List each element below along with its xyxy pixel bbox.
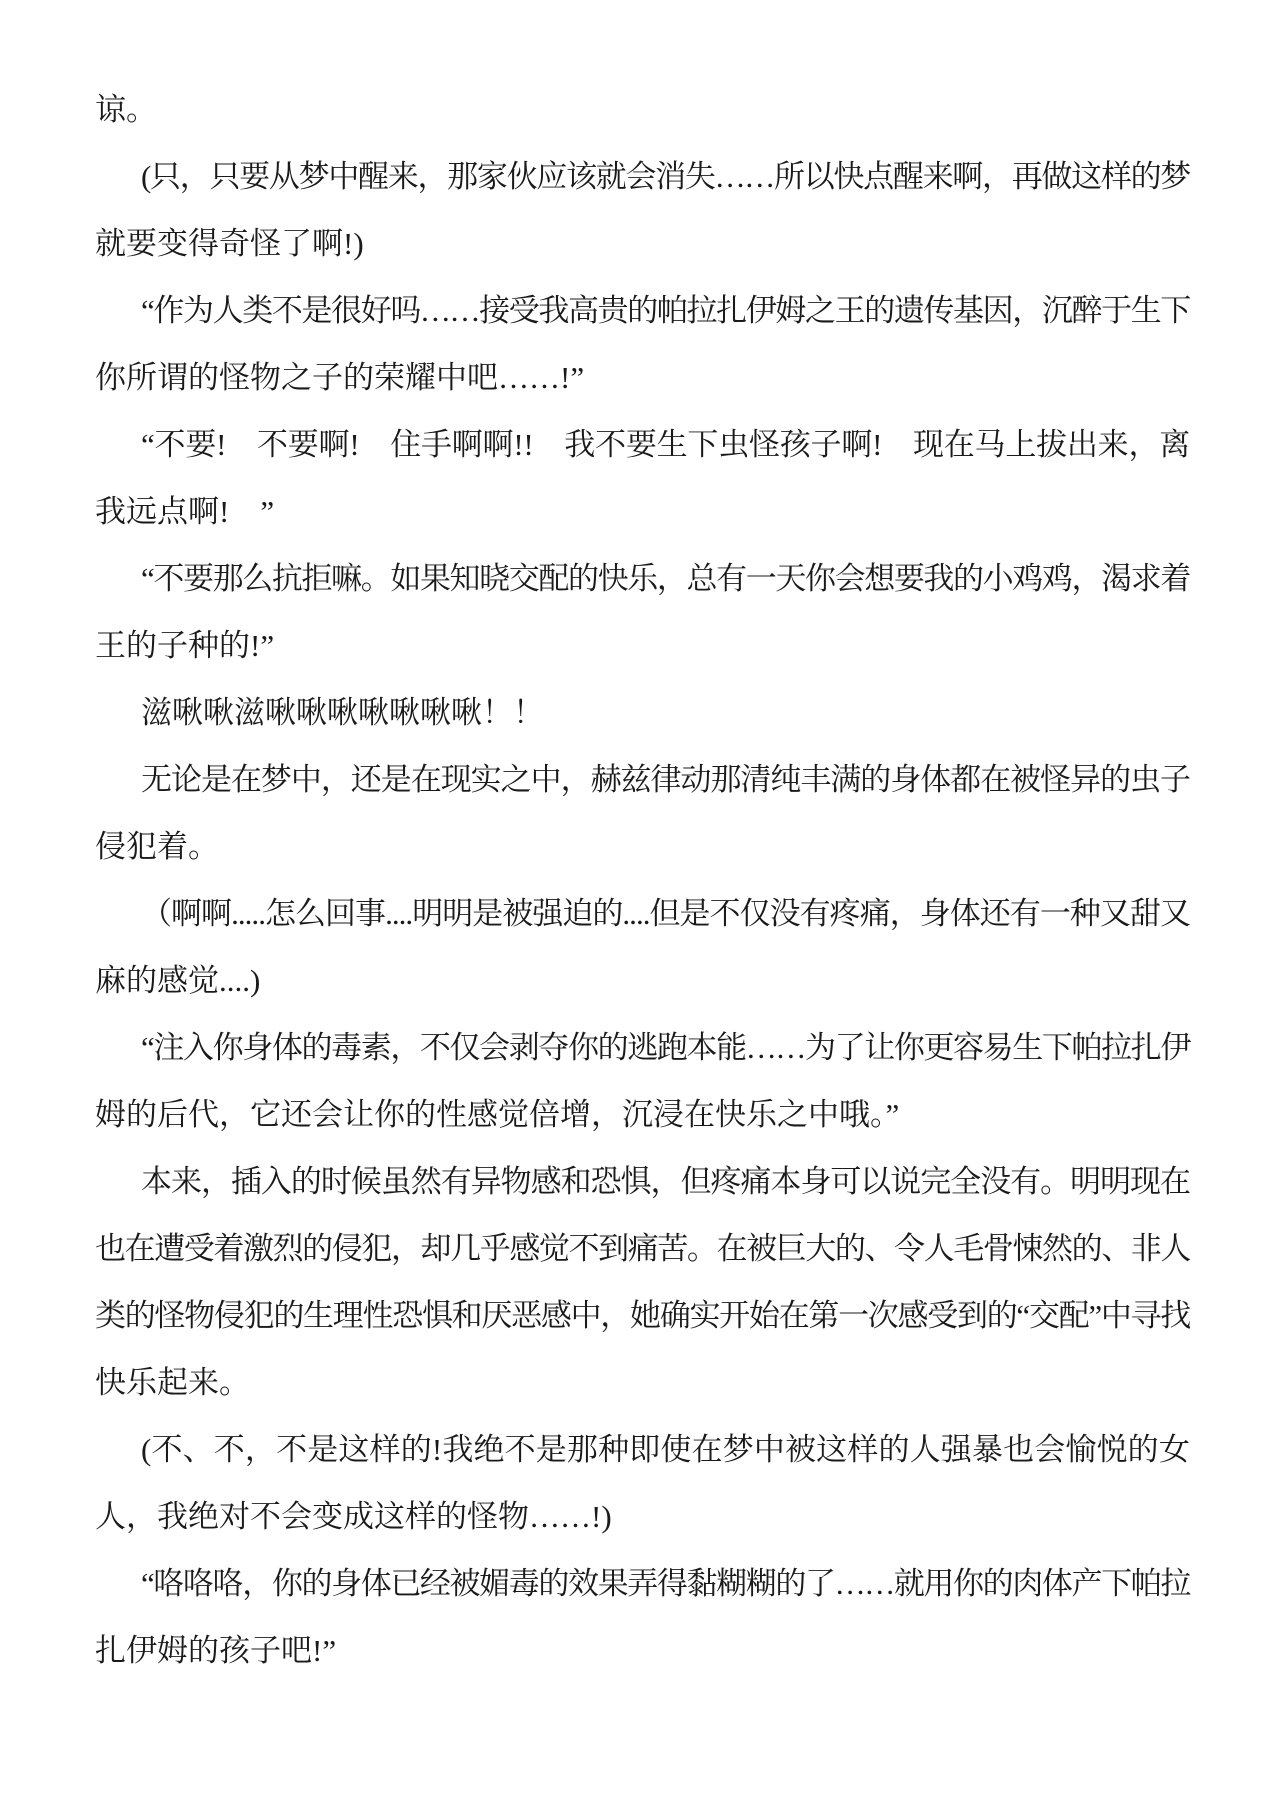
text-line: 快乐起来。	[95, 1349, 1190, 1416]
text-line: 也在遭受着激烈的侵犯，却几乎感觉不到痛苦。在被巨大的、令人毛骨悚然的、非人	[95, 1215, 1190, 1282]
paragraph-12: “咯咯咯，你的身体已经被媚毒的效果弄得黏糊糊的了……就用你的肉体产下帕拉扎伊姆的…	[95, 1550, 1190, 1684]
text-line: “作为人类不是很好吗……接受我高贵的帕拉扎伊姆之王的遗传基因，沉醉于生下	[95, 277, 1190, 344]
text-line: 王的子种的!”	[95, 612, 1190, 679]
text-line: 麻的感觉....)	[95, 947, 1190, 1014]
paragraph-3: “作为人类不是很好吗……接受我高贵的帕拉扎伊姆之王的遗传基因，沉醉于生下你所谓的…	[95, 277, 1190, 411]
text-line: 就要变得奇怪了啊!)	[95, 210, 1190, 277]
text-line: 无论是在梦中，还是在现实之中，赫兹律动那清纯丰满的身体都在被怪异的虫子	[95, 746, 1190, 813]
paragraph-10: 本来，插入的时候虽然有异物感和恐惧，但疼痛本身可以说完全没有。明明现在也在遭受着…	[95, 1148, 1190, 1416]
text-line: (不、不，不是这样的!我绝不是那种即使在梦中被这样的人强暴也会愉悦的女	[95, 1416, 1190, 1483]
text-line: “注入你身体的毒素，不仅会剥夺你的逃跑本能……为了让你更容易生下帕拉扎伊	[95, 1014, 1190, 1081]
page-content: 谅。(只，只要从梦中醒来，那家伙应该就会消失……所以快点醒来啊，再做这样的梦就要…	[95, 76, 1190, 1684]
paragraph-2: (只，只要从梦中醒来，那家伙应该就会消失……所以快点醒来啊，再做这样的梦就要变得…	[95, 143, 1190, 277]
text-line: 扎伊姆的孩子吧!”	[95, 1617, 1190, 1684]
paragraph-8: （啊啊.....怎么回事....明明是被强迫的....但是不仅没有疼痛，身体还有…	[95, 880, 1190, 1014]
text-line: “咯咯咯，你的身体已经被媚毒的效果弄得黏糊糊的了……就用你的肉体产下帕拉	[95, 1550, 1190, 1617]
paragraph-6: 滋啾啾滋啾啾啾啾啾啾啾！！	[95, 679, 1190, 746]
text-line: “不要! 不要啊! 住手啊啊!! 我不要生下虫怪孩子啊! 现在马上拔出来，离	[95, 411, 1190, 478]
text-line: 侵犯着。	[95, 813, 1190, 880]
text-line: （啊啊.....怎么回事....明明是被强迫的....但是不仅没有疼痛，身体还有…	[95, 880, 1190, 947]
text-line: 本来，插入的时候虽然有异物感和恐惧，但疼痛本身可以说完全没有。明明现在	[95, 1148, 1190, 1215]
text-line: (只，只要从梦中醒来，那家伙应该就会消失……所以快点醒来啊，再做这样的梦	[95, 143, 1190, 210]
paragraph-5: “不要那么抗拒嘛。如果知晓交配的快乐，总有一天你会想要我的小鸡鸡，渴求着王的子种…	[95, 545, 1190, 679]
paragraph-1: 谅。	[95, 76, 1190, 143]
text-line: 你所谓的怪物之子的荣耀中吧……!”	[95, 344, 1190, 411]
text-line: 谅。	[95, 76, 1190, 143]
document-page: 谅。(只，只要从梦中醒来，那家伙应该就会消失……所以快点醒来啊，再做这样的梦就要…	[0, 0, 1280, 1810]
paragraph-11: (不、不，不是这样的!我绝不是那种即使在梦中被这样的人强暴也会愉悦的女人，我绝对…	[95, 1416, 1190, 1550]
paragraph-4: “不要! 不要啊! 住手啊啊!! 我不要生下虫怪孩子啊! 现在马上拔出来，离我远…	[95, 411, 1190, 545]
text-line: “不要那么抗拒嘛。如果知晓交配的快乐，总有一天你会想要我的小鸡鸡，渴求着	[95, 545, 1190, 612]
text-line: 滋啾啾滋啾啾啾啾啾啾啾！！	[95, 679, 1190, 746]
paragraph-9: “注入你身体的毒素，不仅会剥夺你的逃跑本能……为了让你更容易生下帕拉扎伊姆的后代…	[95, 1014, 1190, 1148]
text-line: 人，我绝对不会变成这样的怪物……!)	[95, 1483, 1190, 1550]
paragraph-7: 无论是在梦中，还是在现实之中，赫兹律动那清纯丰满的身体都在被怪异的虫子侵犯着。	[95, 746, 1190, 880]
text-line: 类的怪物侵犯的生理性恐惧和厌恶感中，她确实开始在第一次感受到的“交配”中寻找	[95, 1282, 1190, 1349]
text-line: 我远点啊! ”	[95, 478, 1190, 545]
text-line: 姆的后代，它还会让你的性感觉倍增，沉浸在快乐之中哦。”	[95, 1081, 1190, 1148]
